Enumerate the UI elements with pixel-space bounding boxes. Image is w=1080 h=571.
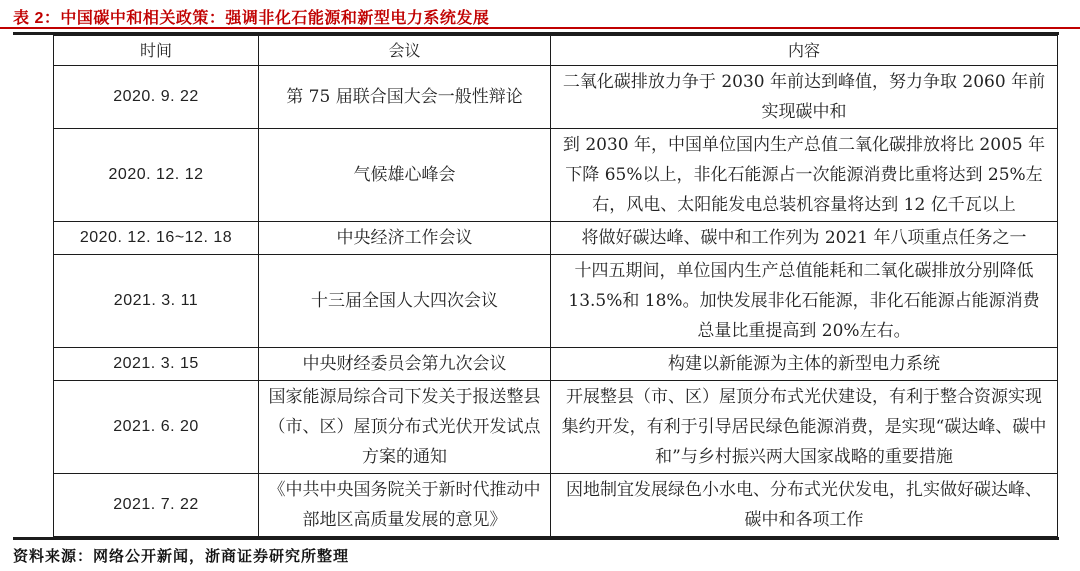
- cell-content: 二氧化碳排放力争于 2030 年前达到峰值，努力争取 2060 年前实现碳中和: [551, 66, 1058, 129]
- column-header-meeting: 会议: [259, 36, 551, 66]
- cell-time: 2021. 3. 15: [54, 348, 259, 381]
- document-page: 表 2：中国碳中和相关政策：强调非化石能源和新型电力系统发展 时间 会议 内容 …: [0, 0, 1080, 571]
- table-title: 表 2：中国碳中和相关政策：强调非化石能源和新型电力系统发展: [13, 5, 489, 28]
- cell-meeting: 气候雄心峰会: [259, 129, 551, 222]
- table-row: 2021. 3. 15 中央财经委员会第九次会议 构建以新能源为主体的新型电力系…: [54, 348, 1058, 381]
- title-underline-rule: [0, 27, 1080, 29]
- table-row: 2021. 6. 20 国家能源局综合司下发关于报送整县（市、区）屋顶分布式光伏…: [54, 381, 1058, 474]
- cell-meeting: 国家能源局综合司下发关于报送整县（市、区）屋顶分布式光伏开发试点方案的通知: [259, 381, 551, 474]
- source-note: 资料来源：网络公开新闻，浙商证券研究所整理: [13, 545, 349, 566]
- cell-time: 2020. 9. 22: [54, 66, 259, 129]
- cell-time: 2021. 6. 20: [54, 381, 259, 474]
- column-header-time: 时间: [54, 36, 259, 66]
- column-header-content: 内容: [551, 36, 1058, 66]
- table-row: 2020. 12. 16~12. 18 中央经济工作会议 将做好碳达峰、碳中和工…: [54, 222, 1058, 255]
- cell-content: 十四五期间，单位国内生产总值能耗和二氧化碳排放分别降低 13.5%和 18%。加…: [551, 255, 1058, 348]
- cell-content: 构建以新能源为主体的新型电力系统: [551, 348, 1058, 381]
- cell-content: 到 2030 年，中国单位国内生产总值二氧化碳排放将比 2005 年下降 65%…: [551, 129, 1058, 222]
- policy-table: 时间 会议 内容 2020. 9. 22 第 75 届联合国大会一般性辩论 二氧…: [53, 35, 1058, 537]
- cell-time: 2021. 3. 11: [54, 255, 259, 348]
- cell-time: 2020. 12. 16~12. 18: [54, 222, 259, 255]
- cell-meeting: 十三届全国人大四次会议: [259, 255, 551, 348]
- cell-meeting: 第 75 届联合国大会一般性辩论: [259, 66, 551, 129]
- policy-table-zone: 时间 会议 内容 2020. 9. 22 第 75 届联合国大会一般性辩论 二氧…: [13, 32, 1059, 540]
- cell-meeting: 中央经济工作会议: [259, 222, 551, 255]
- table-row: 2020. 12. 12 气候雄心峰会 到 2030 年，中国单位国内生产总值二…: [54, 129, 1058, 222]
- header-row: 时间 会议 内容: [54, 36, 1058, 66]
- cell-content: 将做好碳达峰、碳中和工作列为 2021 年八项重点任务之一: [551, 222, 1058, 255]
- cell-content: 开展整县（市、区）屋顶分布式光伏建设，有利于整合资源实现集约开发，有利于引导居民…: [551, 381, 1058, 474]
- cell-time: 2021. 7. 22: [54, 474, 259, 537]
- table-row: 2021. 3. 11 十三届全国人大四次会议 十四五期间，单位国内生产总值能耗…: [54, 255, 1058, 348]
- cell-meeting: 《中共中央国务院关于新时代推动中部地区高质量发展的意见》: [259, 474, 551, 537]
- cell-meeting: 中央财经委员会第九次会议: [259, 348, 551, 381]
- table-row: 2020. 9. 22 第 75 届联合国大会一般性辩论 二氧化碳排放力争于 2…: [54, 66, 1058, 129]
- cell-time: 2020. 12. 12: [54, 129, 259, 222]
- cell-content: 因地制宜发展绿色小水电、分布式光伏发电，扎实做好碳达峰、碳中和各项工作: [551, 474, 1058, 537]
- table-row: 2021. 7. 22 《中共中央国务院关于新时代推动中部地区高质量发展的意见》…: [54, 474, 1058, 537]
